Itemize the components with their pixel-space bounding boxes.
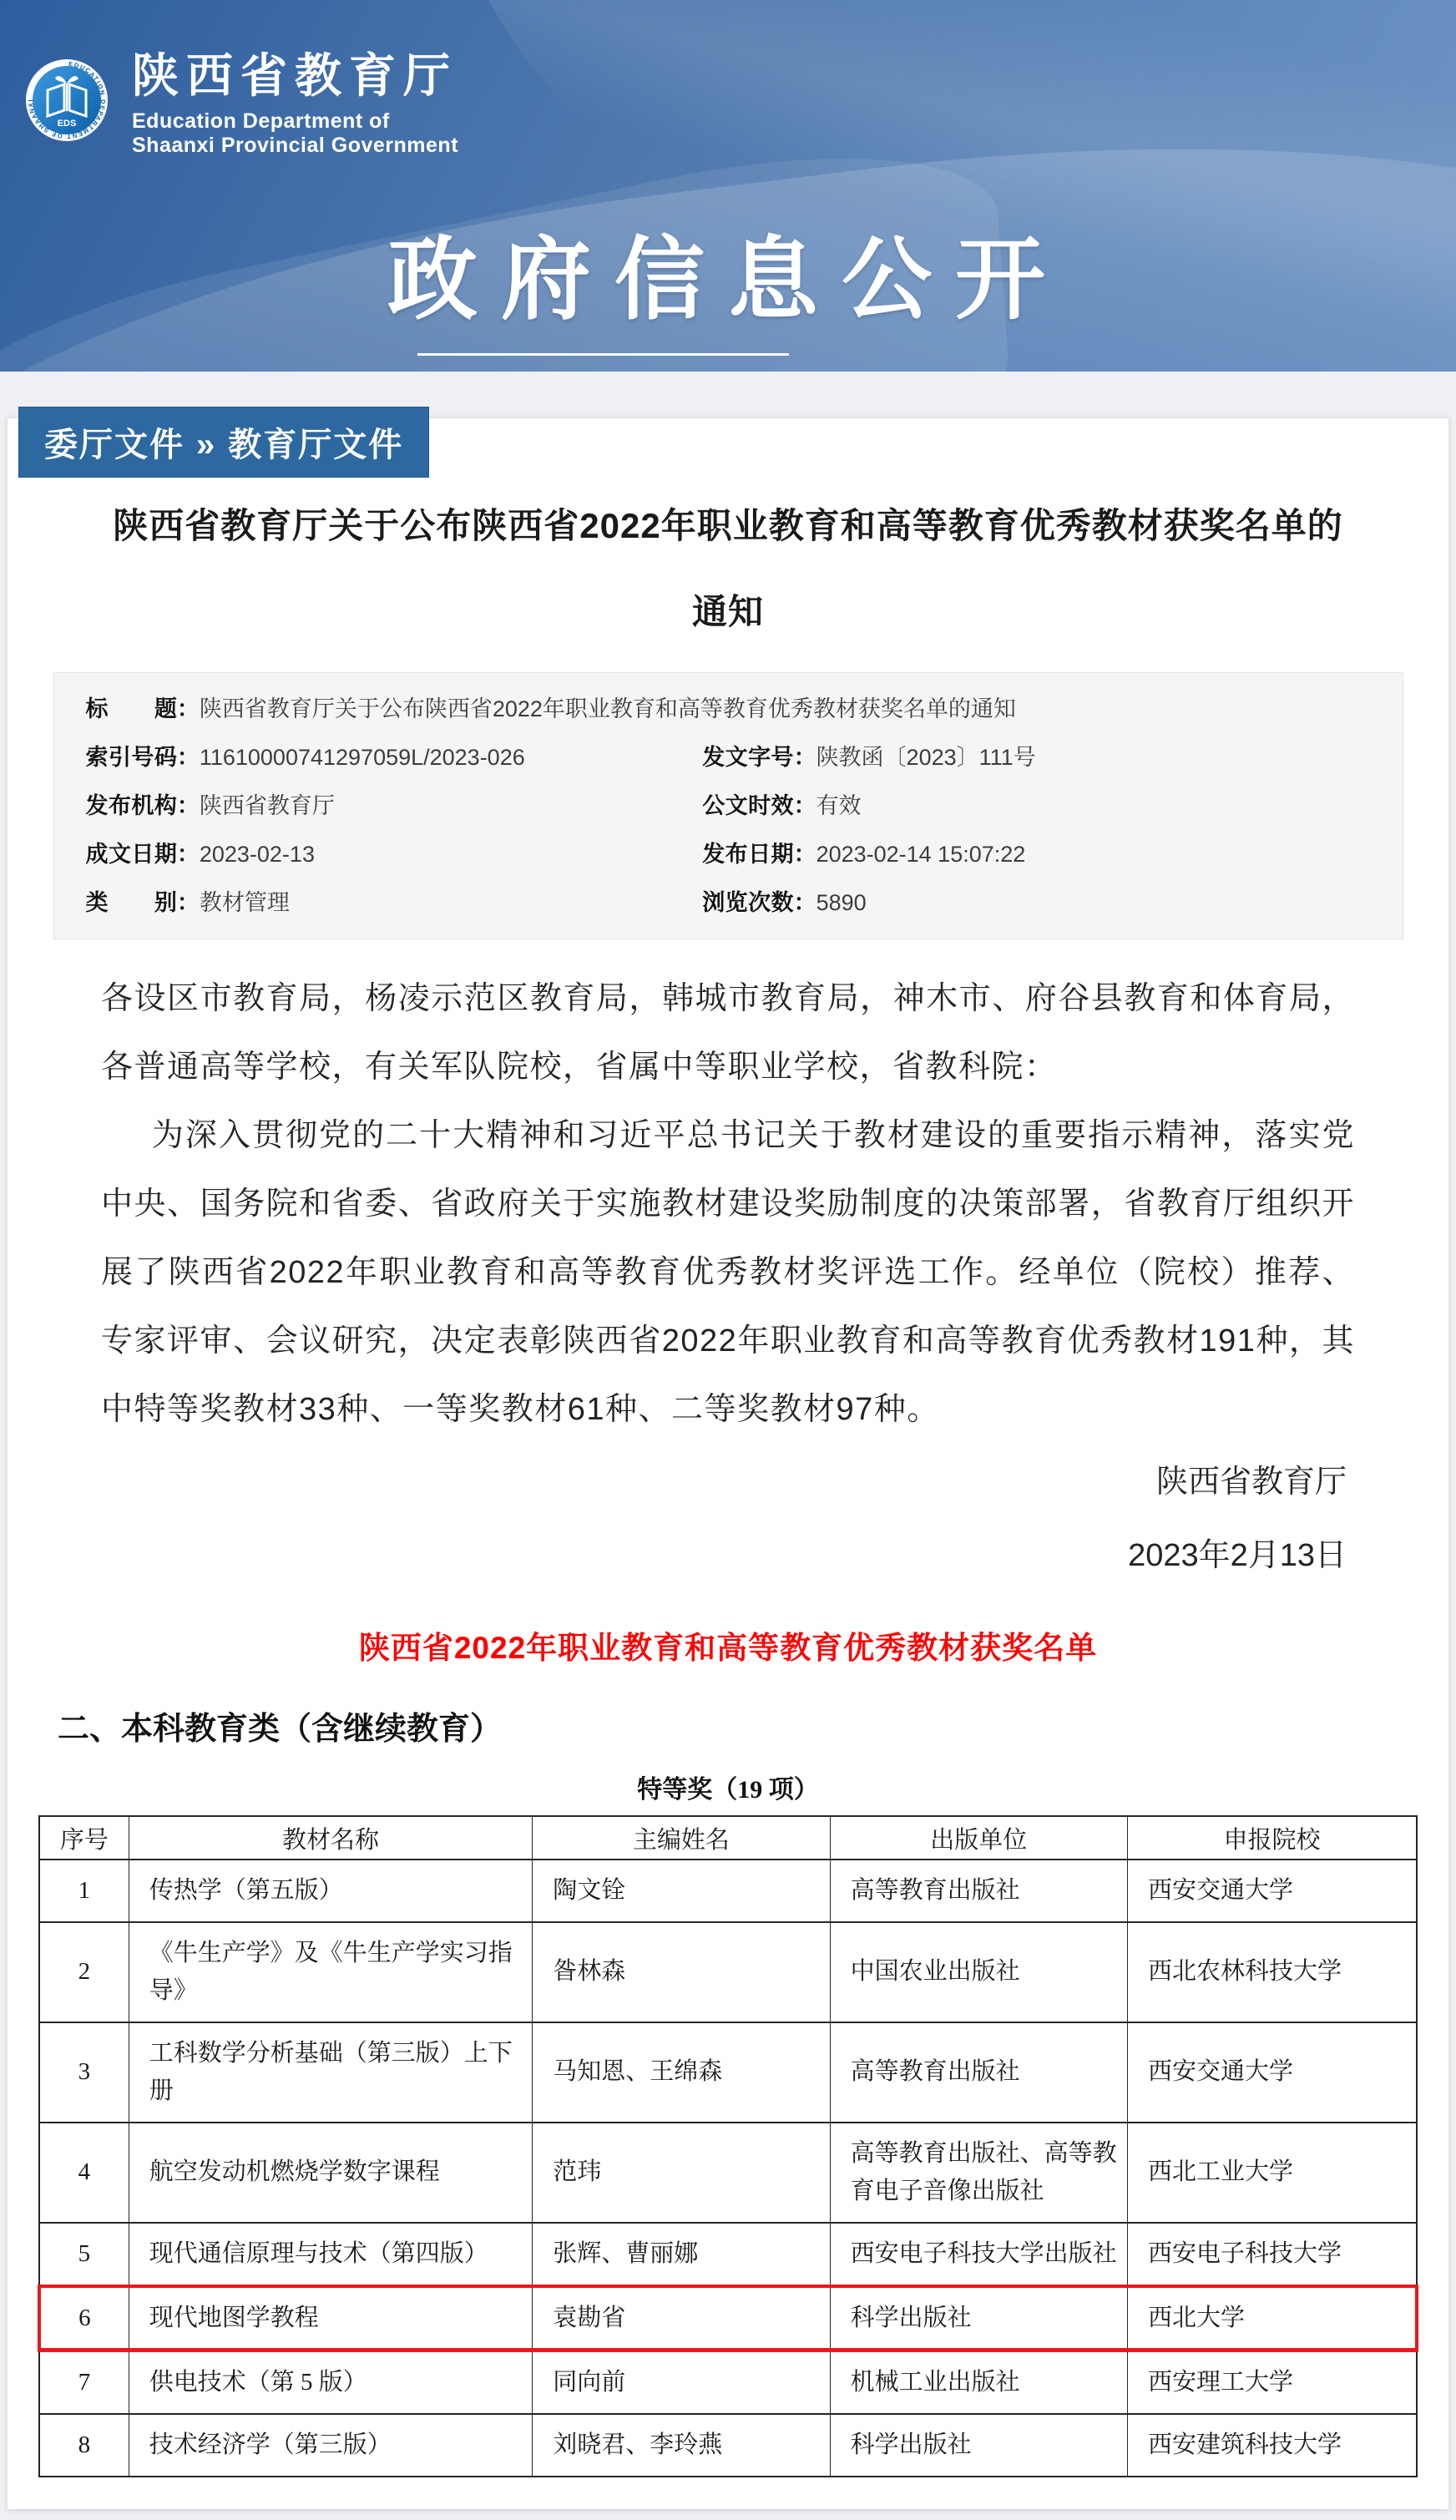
table-header-row: 序号教材名称主编姓名出版单位申报院校 [39,1816,1417,1860]
document-title-line1: 陕西省教育厅关于公布陕西省2022年职业教育和高等教育优秀教材获奖名单的 [8,504,1448,549]
table-cell: 机械工业出版社 [830,2350,1127,2414]
table-cell: 西北农林科技大学 [1127,1922,1417,2022]
meta-value: 陕西省教育厅 [200,793,335,818]
table-cell: 同向前 [533,2350,830,2414]
signature-org: 陕西省教育厅 [8,1457,1347,1507]
signature-date: 2023年2月13日 [8,1531,1347,1581]
table-cell: 高等教育出版社 [830,2022,1127,2123]
meta-colon: ： [794,842,816,867]
meta-label: 公文时效 [702,782,793,830]
meta-value: 2023-02-14 15:07:22 [816,842,1026,867]
table-cell: 西安建筑科技大学 [1127,2414,1417,2477]
meta-colon: ： [177,793,200,818]
meta-colon: ： [794,890,816,915]
meta-field-doc-number: 发文字号：陕教函〔2023〕111号 [702,733,1035,782]
document-metadata-panel: 标题：陕西省教育厅关于公布陕西省2022年职业教育和高等教育优秀教材获奖名单的通… [53,672,1403,939]
table-cell: 中国农业出版社 [830,1922,1127,2022]
table-cell: 科学出版社 [830,2414,1127,2477]
meta-colon: ： [177,842,200,867]
table-cell: 袁勘省 [533,2286,830,2350]
table-cell: 昝林森 [533,1922,830,2022]
banner-page-title: 政府信息公开 [0,207,1456,337]
section-heading: 二、本科教育类（含继续教育） [8,1703,1448,1748]
meta-label: 发布机构 [86,782,177,830]
awards-table-body: 1传热学（第五版）陶文铨高等教育出版社西安交通大学2《牛生产学》及《牛生产学实习… [39,1860,1417,2477]
table-cell: 西安理工大学 [1127,2350,1417,2414]
meta-row: 标题：陕西省教育厅关于公布陕西省2022年职业教育和高等教育优秀教材获奖名单的通… [86,685,1371,733]
table-row: 8技术经济学（第三版）刘晓君、李玲燕科学出版社西安建筑科技大学 [39,2414,1417,2477]
table-cell: 5 [39,2223,129,2286]
award-list-heading: 陕西省2022年职业教育和高等教育优秀教材获奖名单 [8,1622,1448,1667]
meta-label: 标题 [86,685,177,733]
table-row: 1传热学（第五版）陶文铨高等教育出版社西安交通大学 [39,1860,1417,1922]
table-cell: 工科数学分析基础（第三版）上下册 [129,2022,532,2123]
org-name-english: Education Department of Shaanxi Provinci… [132,109,458,159]
logo-abbr-text: EDS [58,119,77,129]
table-cell: 技术经济学（第三版） [129,2414,532,2477]
table-cell: 8 [39,2414,129,2477]
table-cell: 1 [39,1860,129,1922]
table-cell: 西安电子科技大学出版社 [830,2223,1127,2286]
meta-label: 成文日期 [86,830,177,878]
meta-row: 类别：教材管理 浏览次数：5890 [86,878,1371,927]
table-cell: 张辉、曹丽娜 [533,2223,830,2286]
table-row: 2《牛生产学》及《牛生产学实习指导》昝林森中国农业出版社西北农林科技大学 [39,1922,1417,2022]
meta-label: 浏览次数 [702,878,793,927]
table-cell: 供电技术（第 5 版） [129,2350,532,2414]
meta-value: 有效 [816,793,862,818]
table-cell: 2 [39,1922,129,2022]
content-card: 委厅文件»教育厅文件 陕西省教育厅关于公布陕西省2022年职业教育和高等教育优秀… [8,418,1448,2509]
table-cell: 传热学（第五版） [129,1860,532,1922]
column-header: 出版单位 [830,1816,1127,1860]
table-cell: 西北工业大学 [1127,2123,1417,2223]
table-cell: 现代地图学教程 [129,2286,532,2350]
meta-value: 陕西省教育厅关于公布陕西省2022年职业教育和高等教育优秀教材获奖名单的通知 [200,696,1016,721]
meta-field-title: 标题：陕西省教育厅关于公布陕西省2022年职业教育和高等教育优秀教材获奖名单的通… [86,685,1016,733]
table-row: 3工科数学分析基础（第三版）上下册马知恩、王绵森高等教育出版社西安交通大学 [39,2022,1417,2123]
table-caption: 特等奖（19 项） [8,1769,1448,1805]
meta-colon: ： [177,696,200,721]
column-header: 申报院校 [1127,1816,1417,1860]
salutation-paragraph: 各设区市教育局，杨凌示范区教育局，韩城市教育局，神木市、府谷县教育和体育局，各普… [101,964,1355,1101]
meta-row: 索引号码：11610000741297059L/2023-026 发文字号：陕教… [86,733,1371,782]
document-title-line2: 通知 [8,590,1448,635]
table-cell: 西安电子科技大学 [1127,2223,1417,2286]
table-cell: 4 [39,2123,129,2223]
table-cell: 西安交通大学 [1127,2022,1417,2123]
column-header: 教材名称 [129,1816,532,1860]
org-identity: EDUCATION DEPARTMENT OF SHAANXI EDS 陕西省教… [25,52,458,159]
table-cell: 高等教育出版社 [830,1860,1127,1922]
table-row: 5现代通信原理与技术（第四版）张辉、曹丽娜西安电子科技大学出版社西安电子科技大学 [39,2223,1417,2286]
table-row-highlighted: 6现代地图学教程袁勘省科学出版社西北大学 [39,2286,1417,2350]
header-banner: EDUCATION DEPARTMENT OF SHAANXI EDS 陕西省教… [0,0,1456,372]
meta-row: 发布机构：陕西省教育厅 公文时效：有效 [86,782,1371,830]
meta-value: 2023-02-13 [200,842,315,867]
page-background: 委厅文件»教育厅文件 陕西省教育厅关于公布陕西省2022年职业教育和高等教育优秀… [0,372,1456,2520]
table-cell: 现代通信原理与技术（第四版） [129,2223,532,2286]
org-name-chinese: 陕西省教育厅 [132,52,458,101]
table-cell: 西安交通大学 [1127,1860,1417,1922]
meta-colon: ： [177,745,200,770]
meta-label: 发文字号 [702,733,793,782]
meta-row: 成文日期：2023-02-13 发布日期：2023-02-14 15:07:22 [86,830,1371,878]
table-cell: 高等教育出版社、高等教育电子音像出版社 [830,2123,1127,2223]
table-cell: 《牛生产学》及《牛生产学实习指导》 [129,1922,532,2022]
meta-label: 发布日期 [702,830,793,878]
meta-colon: ： [177,890,200,915]
org-name-block: 陕西省教育厅 Education Department of Shaanxi P… [132,52,458,159]
meta-value: 教材管理 [200,890,290,915]
meta-label: 类别 [86,878,177,927]
education-department-seal-icon: EDUCATION DEPARTMENT OF SHAANXI EDS [25,58,109,142]
meta-field-view-count: 浏览次数：5890 [702,878,866,927]
meta-field-validity: 公文时效：有效 [702,782,861,830]
column-header: 主编姓名 [533,1816,830,1860]
table-cell: 刘晓君、李玲燕 [533,2414,830,2477]
breadcrumb: 委厅文件»教育厅文件 [18,407,429,478]
breadcrumb-separator: » [196,427,216,463]
signature-block: 陕西省教育厅 2023年2月13日 [8,1457,1448,1581]
table-cell: 航空发动机燃烧学数字课程 [129,2123,532,2223]
meta-value: 5890 [816,890,867,915]
meta-value: 陕教函〔2023〕111号 [816,745,1036,770]
meta-colon: ： [794,745,816,770]
meta-field-publisher: 发布机构：陕西省教育厅 [86,782,703,830]
breadcrumb-link-parent[interactable]: 委厅文件 [44,427,185,463]
table-cell: 7 [39,2350,129,2414]
meta-value: 11610000741297059L/2023-026 [200,745,525,770]
table-cell: 陶文铨 [533,1860,830,1922]
table-row: 4航空发动机燃烧学数字课程范玮高等教育出版社、高等教育电子音像出版社西北工业大学 [39,2123,1417,2223]
meta-colon: ： [794,793,816,818]
column-header: 序号 [39,1816,129,1860]
table-cell: 马知恩、王绵森 [533,2022,830,2123]
meta-field-written-date: 成文日期：2023-02-13 [86,830,703,878]
meta-label: 索引号码 [86,733,177,782]
table-cell: 范玮 [533,2123,830,2223]
awards-table: 序号教材名称主编姓名出版单位申报院校 1传热学（第五版）陶文铨高等教育出版社西安… [38,1815,1418,2477]
table-row: 7供电技术（第 5 版）同向前机械工业出版社西安理工大学 [39,2350,1417,2414]
meta-field-category: 类别：教材管理 [86,878,703,927]
table-cell: 科学出版社 [830,2286,1127,2350]
banner-underline [417,353,789,356]
awards-table-head: 序号教材名称主编姓名出版单位申报院校 [39,1816,1417,1860]
meta-field-publish-date: 发布日期：2023-02-14 15:07:22 [702,830,1025,878]
document-title: 陕西省教育厅关于公布陕西省2022年职业教育和高等教育优秀教材获奖名单的 通知 [8,504,1448,634]
table-cell: 6 [39,2286,129,2350]
meta-field-index-code: 索引号码：11610000741297059L/2023-026 [86,733,703,782]
table-cell: 西北大学 [1127,2286,1417,2350]
main-paragraph: 为深入贯彻党的二十大精神和习近平总书记关于教材建设的重要指示精神，落实党中央、国… [101,1101,1355,1444]
table-cell: 3 [39,2022,129,2123]
document-body: 各设区市教育局，杨凌示范区教育局，韩城市教育局，神木市、府谷县教育和体育局，各普… [8,964,1448,1444]
breadcrumb-current[interactable]: 教育厅文件 [228,427,403,463]
